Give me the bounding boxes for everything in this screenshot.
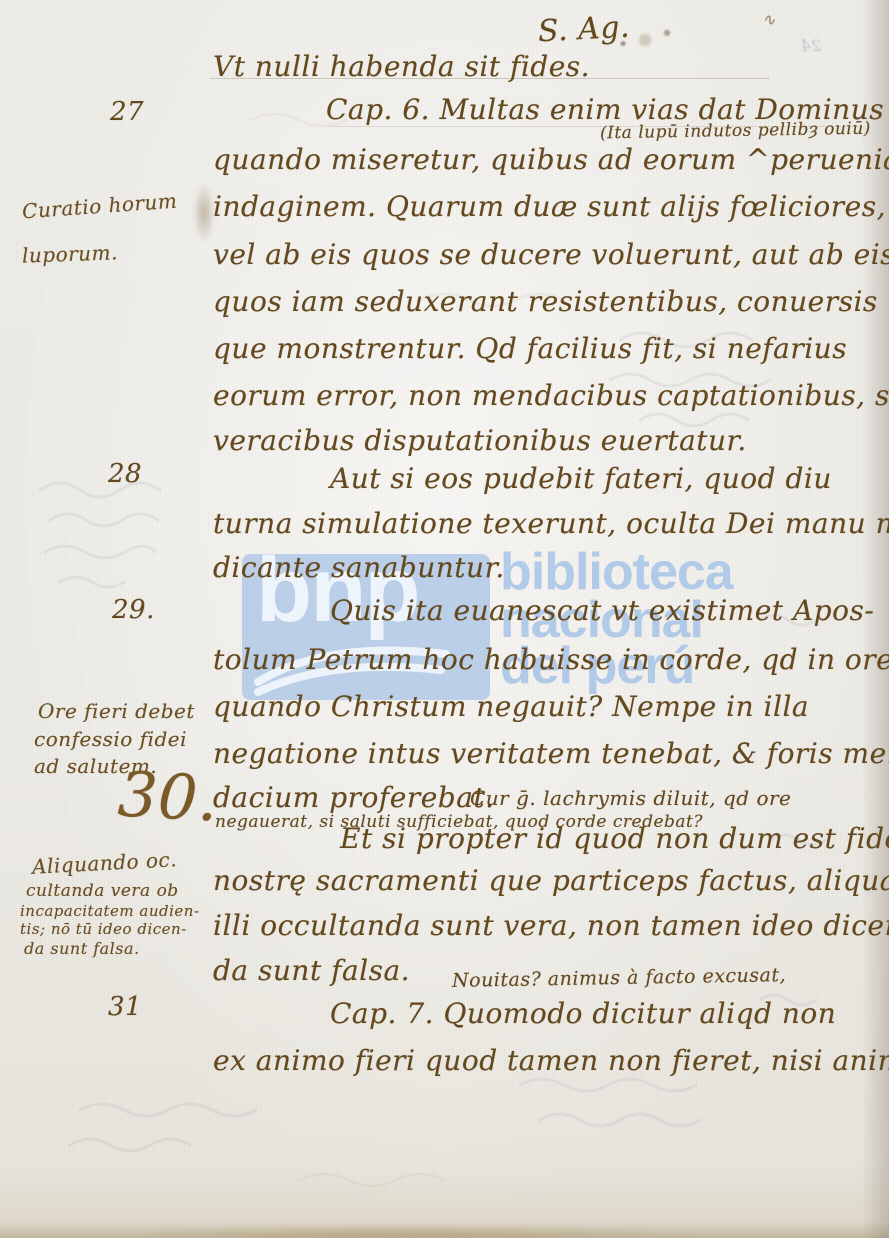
manuscript-line: vel ab eis quos se ducere voluerunt, aut… (213, 238, 889, 271)
margin-note: luporum. (22, 240, 119, 267)
manuscript-line: quando Christum negauit? Nempe in illa (213, 690, 809, 723)
manuscript-line: Vt nulli habenda sit fides. (213, 50, 590, 83)
margin-note: incapacitatem audien- (20, 902, 200, 920)
margin-note: tis; nō tū ideo dicen- (20, 920, 187, 938)
interlinear-note: Nouitas? animus à facto excusat, (452, 964, 786, 992)
manuscript-line: tolum Petrum hoc habuisse in corde, qd i… (213, 643, 889, 676)
margin-note: da sunt falsa. (24, 939, 140, 958)
manuscript-line: nostrę sacramenti que particeps factus, … (213, 864, 889, 897)
manuscript-line: ex animo fieri quod tamen non fieret, ni… (213, 1044, 889, 1077)
manuscript-line: turna simulatione texerunt, oculta Dei m… (213, 507, 889, 540)
margin-note: Aliquando oc. (31, 847, 177, 879)
manuscript-line: quos iam seduxerant resistentibus, conue… (213, 285, 878, 318)
ink-smudge (193, 182, 215, 244)
flourish-mark: ∿ (762, 10, 776, 29)
manuscript-line: que monstrentur. Qd facilius fit, si nef… (213, 332, 847, 365)
manuscript-line: dacium proferebat. (213, 781, 495, 814)
manuscript-line: Cap. 7. Quomodo dicitur aliqd non (330, 997, 836, 1030)
manuscript-line: Quis ita euanescat vt existimet Apos- (330, 594, 874, 627)
manuscript-line: dicante sanabuntur. (213, 551, 505, 584)
manuscript-line: indaginem. Quarum duæ sunt alijs fœlicio… (213, 190, 889, 223)
margin-note: Curatio horum (21, 189, 178, 224)
margin-note: cultanda vera ob (26, 881, 179, 901)
margin-note: Ore fieri debet (38, 699, 195, 723)
manuscript-line: negatione intus veritatem tenebat, & for… (213, 737, 889, 770)
manuscript-line: eorum error, non mendacibus captationibu… (213, 379, 889, 412)
paragraph-number: 29. (112, 595, 155, 625)
watermark-line-biblioteca: biblioteca (500, 548, 733, 596)
margin-note: confessio fidei (34, 727, 187, 751)
manuscript-line: illi occultanda sunt vera, non tamen ide… (213, 909, 889, 942)
paragraph-number: 27 (110, 97, 144, 127)
page-bottom-edge (0, 1222, 889, 1238)
interlinear-note: Cur ḡ. lachrymis diluit, qd ore (470, 786, 791, 810)
manuscript-line: Aut si eos pudebit fateri, quod diu (330, 462, 832, 495)
manuscript-line: da sunt falsa. (213, 954, 410, 987)
bleed-through-folio-number: 24 (800, 36, 821, 55)
manuscript-line: Et si propter id quod non dum est fidei (340, 822, 889, 855)
manuscript-line: quando miseretur, quibus ad eorum ^perue… (213, 143, 889, 176)
paragraph-number: 31 (108, 992, 142, 1022)
manuscript-page: bnp biblioteca nacional del perú S. Ag.∿… (0, 0, 889, 1238)
manuscript-line: veracibus disputationibus euertatur. (213, 424, 747, 457)
page-header: S. Ag. (537, 10, 631, 50)
paragraph-number: 28 (108, 459, 142, 489)
interlinear-note: (Ita lupū indutos pellibȝ ouiū) (600, 119, 871, 144)
large-paragraph-number: 30. (116, 757, 220, 835)
